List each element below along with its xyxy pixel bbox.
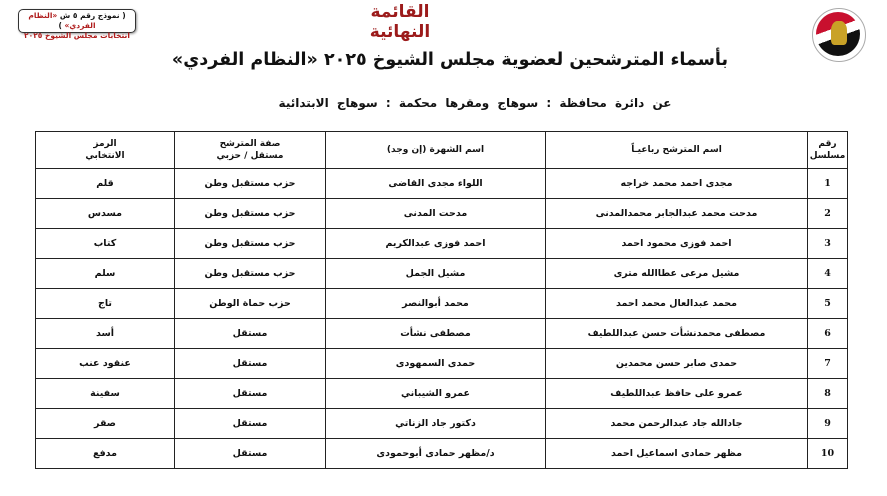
header-status-line1: صفة المترشح bbox=[220, 139, 281, 149]
status-cell: مستقل bbox=[175, 349, 326, 379]
header-symbol-line2: الانتخابي bbox=[85, 151, 124, 161]
status-cell: حزب مستقبل وطن bbox=[175, 199, 326, 229]
name-cell: محمد عبدالعال محمد احمد bbox=[546, 289, 808, 319]
serial-cell: 9 bbox=[808, 409, 848, 439]
final-list-title: القائمة النهائية bbox=[340, 2, 460, 42]
candidates-table: رقممسلسل اسم المترشح رباعيـاً اسم الشهرة… bbox=[35, 131, 848, 469]
status-cell: حزب حماة الوطن bbox=[175, 289, 326, 319]
serial-cell: 4 bbox=[808, 259, 848, 289]
status-cell: حزب مستقبل وطن bbox=[175, 229, 326, 259]
table-header-row: رقممسلسل اسم المترشح رباعيـاً اسم الشهرة… bbox=[36, 132, 848, 169]
status-cell: مستقل bbox=[175, 379, 326, 409]
nickname-cell: مصطفى نشأت bbox=[326, 319, 546, 349]
table-row: 7حمدى صابر حسن محمدينحمدى السمهودىمستقلع… bbox=[36, 349, 848, 379]
symbol-cell: سفينة bbox=[36, 379, 175, 409]
nickname-cell: حمدى السمهودى bbox=[326, 349, 546, 379]
name-cell: مجدى احمد محمد خراجه bbox=[546, 169, 808, 199]
header-serial-line1: رقم bbox=[818, 139, 836, 149]
status-cell: حزب مستقبل وطن bbox=[175, 259, 326, 289]
header-nickname: اسم الشهرة (إن وجد) bbox=[326, 132, 546, 169]
form-number-line: ( نموذج رقم ٥ ش «النظام الفردي» ) bbox=[19, 11, 135, 31]
nickname-cell: مدحت المدنى bbox=[326, 199, 546, 229]
table-row: 2مدحت محمد عبدالجابر محمدالمدنىمدحت المد… bbox=[36, 199, 848, 229]
serial-cell: 3 bbox=[808, 229, 848, 259]
table-row: 5محمد عبدالعال محمد احمدمحمد أبوالنصرحزب… bbox=[36, 289, 848, 319]
symbol-cell: مدفع bbox=[36, 439, 175, 469]
nickname-cell: دكتور جاد الزناتي bbox=[326, 409, 546, 439]
status-cell: مستقل bbox=[175, 319, 326, 349]
name-cell: مدحت محمد عبدالجابر محمدالمدنى bbox=[546, 199, 808, 229]
form-number-badge: ( نموذج رقم ٥ ش «النظام الفردي» ) انتخاب… bbox=[18, 9, 136, 33]
table-row: 1مجدى احمد محمد خراجهاللواء مجدى القاضىح… bbox=[36, 169, 848, 199]
status-cell: مستقل bbox=[175, 409, 326, 439]
header-name: اسم المترشح رباعيـاً bbox=[546, 132, 808, 169]
form-number-suffix: ) bbox=[58, 21, 61, 30]
symbol-cell: قلم bbox=[36, 169, 175, 199]
name-cell: مصطفى محمدنشأت حسن عبداللطيف bbox=[546, 319, 808, 349]
serial-cell: 1 bbox=[808, 169, 848, 199]
serial-cell: 10 bbox=[808, 439, 848, 469]
serial-cell: 5 bbox=[808, 289, 848, 319]
nickname-cell: احمد فوزى عبدالكريم bbox=[326, 229, 546, 259]
name-cell: جادالله جاد عبدالرحمن محمد bbox=[546, 409, 808, 439]
status-cell: مستقل bbox=[175, 439, 326, 469]
name-cell: مظهر حمادى اسماعيل احمد bbox=[546, 439, 808, 469]
symbol-cell: عنقود عنب bbox=[36, 349, 175, 379]
nickname-cell: اللواء مجدى القاضى bbox=[326, 169, 546, 199]
header-status: صفة المترشحمستقل / حزبي bbox=[175, 132, 326, 169]
national-election-authority-logo-icon bbox=[812, 8, 866, 62]
symbol-cell: سلم bbox=[36, 259, 175, 289]
header-symbol: الرمزالانتخابي bbox=[36, 132, 175, 169]
symbol-cell: تاج bbox=[36, 289, 175, 319]
name-cell: حمدى صابر حسن محمدين bbox=[546, 349, 808, 379]
table-row: 8عمرو على حافظ عبداللطيفعمرو الشيبانيمست… bbox=[36, 379, 848, 409]
name-cell: احمد فوزى محمود احمد bbox=[546, 229, 808, 259]
district-subtitle: عن دائرة محافظة : سوهاج ومقرها محكمة : س… bbox=[250, 96, 700, 110]
page-title: بأسماء المترشحين لعضوية مجلس الشيوخ ٢٠٢٥… bbox=[150, 50, 750, 70]
symbol-cell: كتاب bbox=[36, 229, 175, 259]
nickname-cell: عمرو الشيباني bbox=[326, 379, 546, 409]
header-symbol-line1: الرمز bbox=[93, 139, 116, 149]
election-name-line: انتخابات مجلس الشيوخ ٢٠٢٥ bbox=[19, 31, 135, 41]
header-serial-line2: مسلسل bbox=[810, 151, 846, 161]
name-cell: مشيل مرعى عطاالله مترى bbox=[546, 259, 808, 289]
form-number-prefix: ( نموذج رقم ٥ ش bbox=[60, 11, 126, 20]
serial-cell: 2 bbox=[808, 199, 848, 229]
symbol-cell: مسدس bbox=[36, 199, 175, 229]
nickname-cell: مشيل الجمل bbox=[326, 259, 546, 289]
header-status-line2: مستقل / حزبي bbox=[216, 151, 283, 161]
header-serial: رقممسلسل bbox=[808, 132, 848, 169]
table-row: 9جادالله جاد عبدالرحمن محمددكتور جاد الز… bbox=[36, 409, 848, 439]
symbol-cell: صقر bbox=[36, 409, 175, 439]
serial-cell: 6 bbox=[808, 319, 848, 349]
nickname-cell: د/مظهر حمادى أبوحمودى bbox=[326, 439, 546, 469]
table-row: 3احمد فوزى محمود احمداحمد فوزى عبدالكريم… bbox=[36, 229, 848, 259]
table-row: 6مصطفى محمدنشأت حسن عبداللطيفمصطفى نشأتم… bbox=[36, 319, 848, 349]
eagle-icon bbox=[831, 21, 847, 45]
serial-cell: 7 bbox=[808, 349, 848, 379]
nickname-cell: محمد أبوالنصر bbox=[326, 289, 546, 319]
name-cell: عمرو على حافظ عبداللطيف bbox=[546, 379, 808, 409]
table-row: 10مظهر حمادى اسماعيل احمدد/مظهر حمادى أب… bbox=[36, 439, 848, 469]
symbol-cell: أسد bbox=[36, 319, 175, 349]
table-row: 4مشيل مرعى عطاالله مترىمشيل الجملحزب مست… bbox=[36, 259, 848, 289]
status-cell: حزب مستقبل وطن bbox=[175, 169, 326, 199]
serial-cell: 8 bbox=[808, 379, 848, 409]
